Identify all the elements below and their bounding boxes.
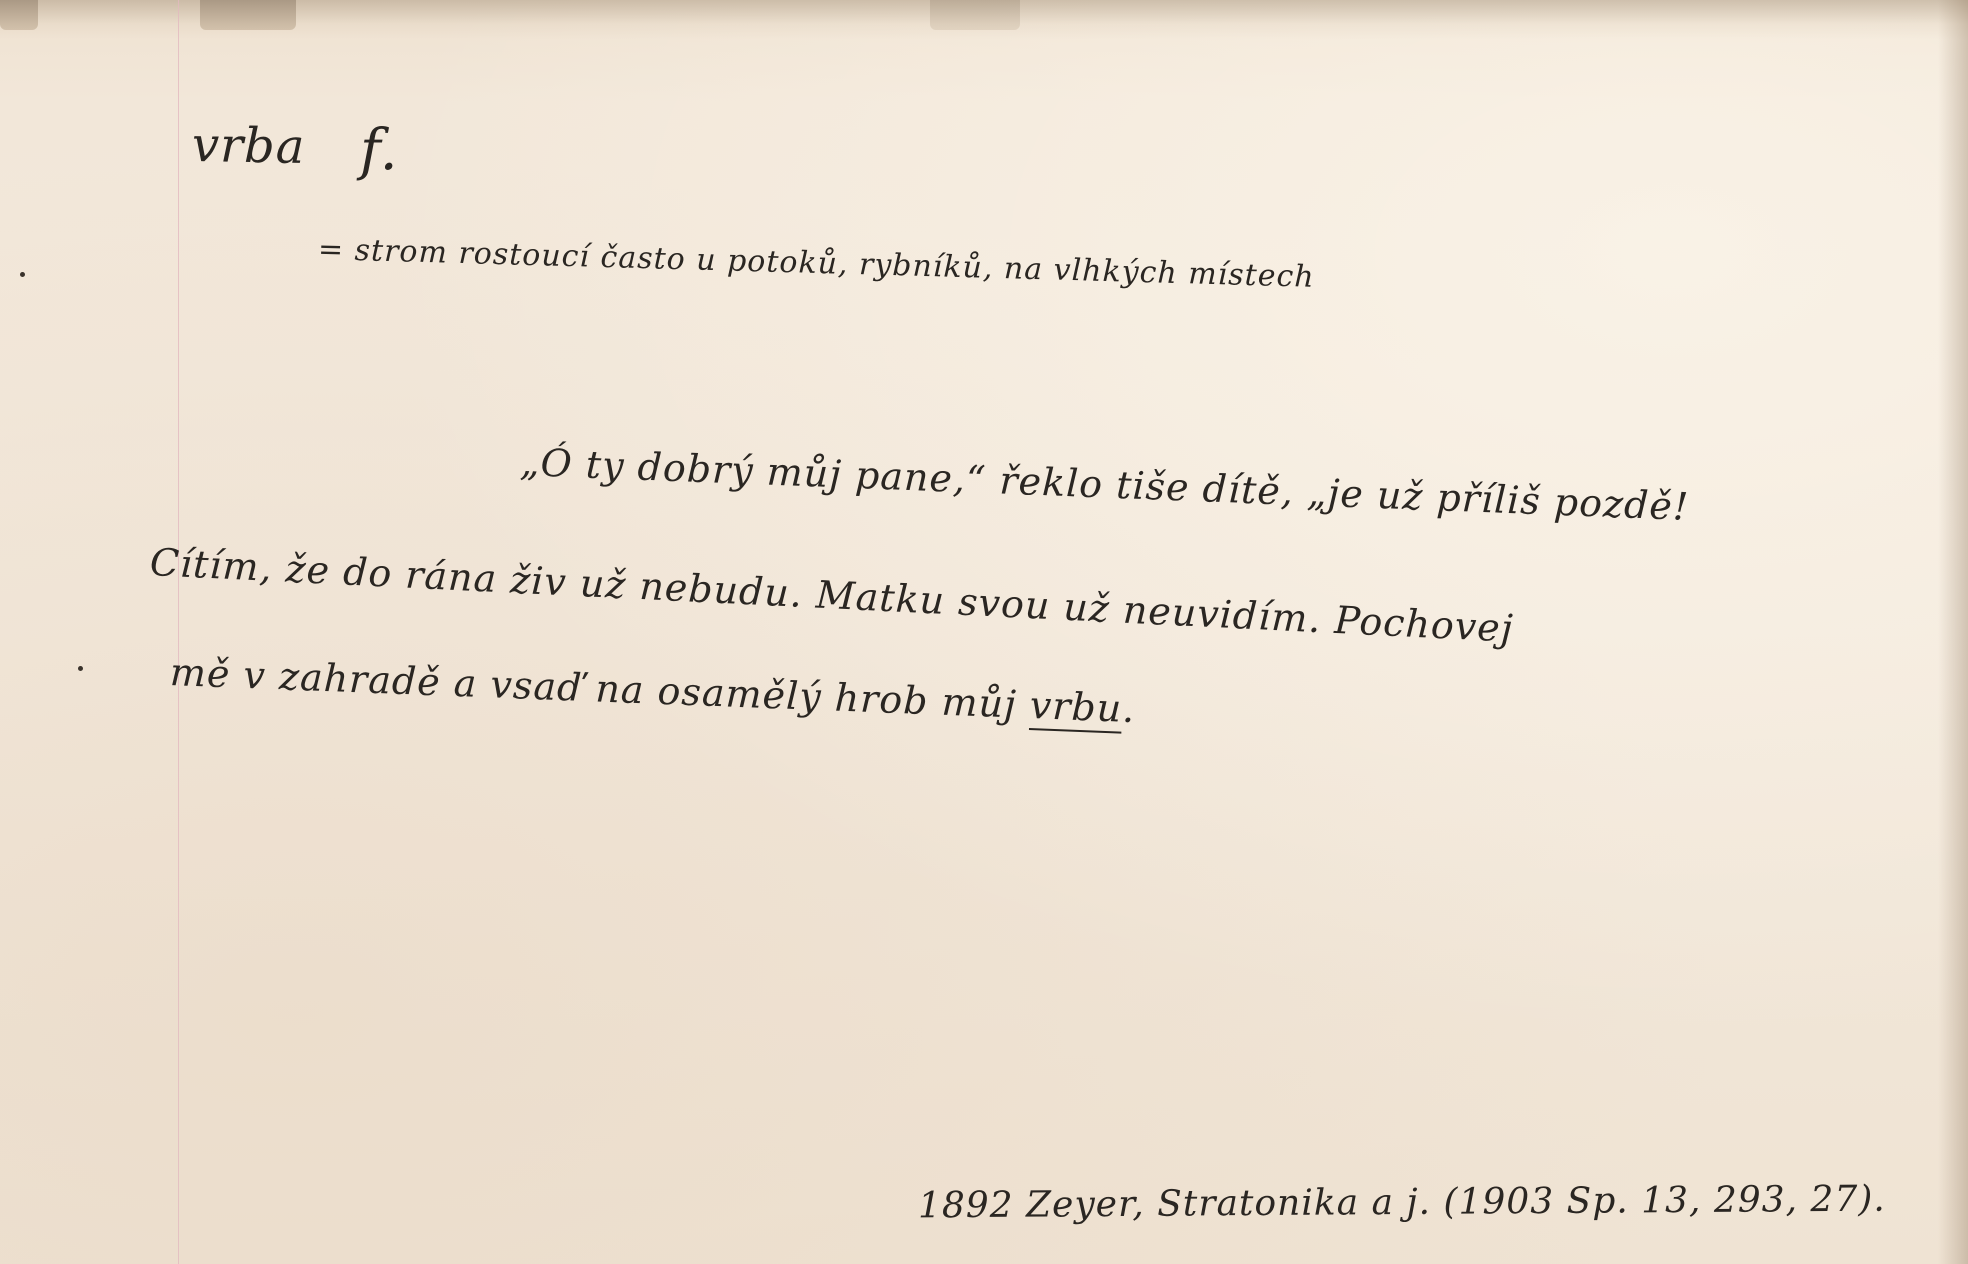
quote-line-1: „Ó ty dobrý můj pane,“ řeklo tiše dítě, … bbox=[519, 440, 1690, 529]
card-right-edge-shadow bbox=[1938, 0, 1968, 1264]
card-holder-clip bbox=[200, 0, 296, 30]
ink-dot bbox=[20, 272, 25, 277]
quote-line-2: Cítím, že do rána živ už nebudu. Matku s… bbox=[149, 540, 1515, 651]
card-holder-clip bbox=[0, 0, 38, 30]
card-holder-clip bbox=[930, 0, 1020, 30]
underlined-headword: vrbu bbox=[1029, 683, 1123, 731]
quote-line-3: mě v zahradě a vsaď na osamělý hrob můj … bbox=[169, 650, 1136, 731]
quote-line-3-text: mě v zahradě a vsaď na osamělý hrob můj bbox=[169, 650, 1031, 727]
headword: vrba bbox=[192, 117, 306, 175]
margin-rule-line bbox=[178, 0, 179, 1264]
definition: = strom rostoucí často u potoků, rybníků… bbox=[318, 232, 1316, 295]
ink-dot bbox=[78, 666, 83, 671]
dictionary-card: vrba f. = strom rostoucí často u potoků,… bbox=[0, 0, 1968, 1264]
source-citation: 1892 Zeyer, Stratonika a j. (1903 Sp. 13… bbox=[918, 1179, 1886, 1227]
quote-line-3-end: . bbox=[1121, 687, 1136, 731]
grammatical-gender: f. bbox=[360, 118, 399, 183]
